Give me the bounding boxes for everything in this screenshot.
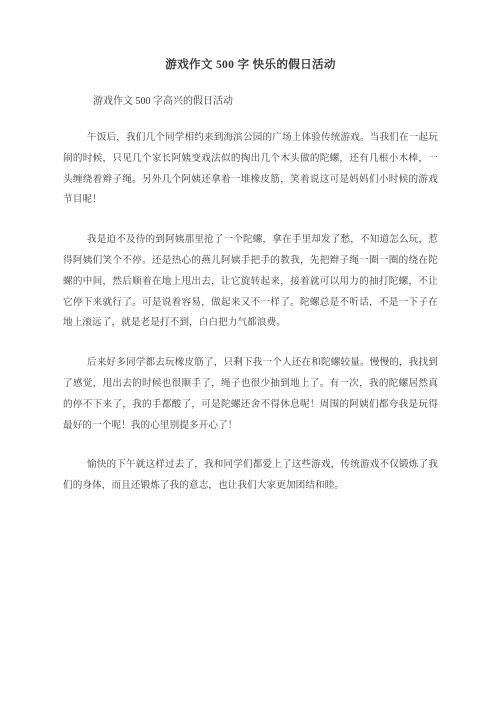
essay-title: 游戏作文 500 字 快乐的假日活动 xyxy=(63,57,438,73)
essay-subtitle: 游戏作文 500 字高兴的假日活动 xyxy=(63,94,438,109)
document-page: 游戏作文 500 字 快乐的假日活动 游戏作文 500 字高兴的假日活动 午饭后… xyxy=(0,0,500,707)
essay-paragraph: 午饭后，我们几个同学相约来到海滨公园的广场上体验传统游戏。当我们在一起玩闹的时候… xyxy=(63,128,438,211)
essay-paragraph: 后来好多同学都去玩橡皮筋了，只剩下我一个人还在和陀螺较量。慢慢的，我找到了感觉，… xyxy=(63,353,438,436)
essay-paragraph: 我是迫不及待的到阿姨那里抢了一个陀螺，拿在手里却发了愁，不知道怎么玩，惹得阿姨们… xyxy=(63,230,438,334)
essay-content: 游戏作文 500 字 快乐的假日活动 游戏作文 500 字高兴的假日活动 午饭后… xyxy=(63,0,438,497)
essay-paragraph: 愉快的下午就这样过去了，我和同学们都爱上了这些游戏，传统游戏不仅锻炼了我们的身体… xyxy=(63,455,438,497)
